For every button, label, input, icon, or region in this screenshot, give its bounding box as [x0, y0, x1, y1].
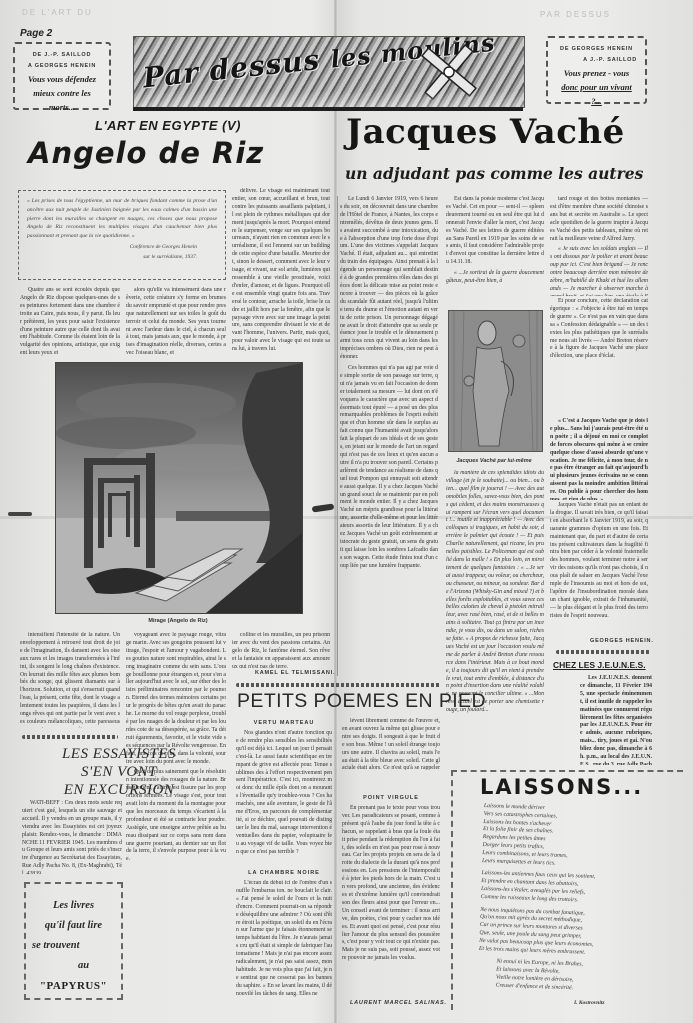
- byline-henein: GEORGES HENEIN.: [590, 638, 654, 644]
- vache-col2-quote: « ...Je sortirai de la guerre doucement …: [446, 270, 544, 286]
- vache-col3-text-b: Et pour conclure, cette déclaration caté…: [550, 298, 648, 361]
- vache-col3-c: Jacques Vaché n'était pas un enfant de l…: [550, 502, 648, 637]
- laissons-poem: Laissons le monde dériver Vers ses catas…: [477, 803, 669, 1001]
- papyrus-line-4: au: [26, 956, 121, 976]
- vache-col1-text-b: Ces hommes qui n'a pas agi par voie de s…: [340, 365, 438, 571]
- angelo-col3: délivre. Le visage est maintenant tout e…: [232, 188, 330, 356]
- corner-box-left: DE J.-P. SAILLOD A GEORGES HENEIN Vous v…: [13, 42, 111, 110]
- vache-col3-b: Et pour conclure, cette déclaration caté…: [550, 298, 648, 416]
- poem-stanza-4: Ni ennui ni les Europe, ni les Brahes, E…: [477, 958, 663, 996]
- byline-salinas: LAURENT MARCEL SALINAS.: [350, 1000, 447, 1006]
- corner-left-to: A GEORGES HENEIN: [23, 61, 101, 72]
- petits-col2-text: lèvent librement comme de l'œuvre et, en…: [342, 718, 440, 770]
- corner-right-quote-2: donc pour un vivant ?...: [556, 80, 637, 108]
- essayistes-heading-1: LES ESSAYISTES: [14, 745, 224, 763]
- essayistes-text: WATI-BEFF : Ces deux mots seule requiert…: [22, 800, 122, 874]
- vache-col2-text: Est dans la poésie moderne c'est Jacques…: [446, 196, 544, 267]
- laissons-title: LAISSONS...: [480, 775, 643, 799]
- laissons-signature: I. Kostrovnitz: [574, 1000, 605, 1006]
- angelo-lower-col3: colline et les murailles, un peu prisonn…: [232, 632, 330, 668]
- vache-col3-text: tard rouge et des bottes montantes — est…: [550, 196, 648, 243]
- painting-caption: Mirage (Angelo de Riz): [55, 618, 301, 624]
- chambre-noire-body: L'écran du début ici de l'ombre d'un sou…: [236, 880, 332, 999]
- papyrus-line-2: qu'il faut lire: [26, 916, 121, 936]
- papyrus-line-1: Les livres: [26, 896, 121, 916]
- epigraph-box: « Les prises de tous l'égyptienne, un mu…: [18, 190, 226, 280]
- ink-mark: [8, 512, 32, 516]
- vache-col1: Le Lundi 6 Janvier 1919, vers 6 heures d…: [340, 196, 438, 681]
- essayistes-heading: LES ESSAYISTES S'EN VONT EN EXCURSION: [14, 745, 224, 799]
- headline-angelo-de-riz: Angelo de Riz: [28, 136, 264, 170]
- angelo-col1-text: Quatre ans se sont écoulés depuis que An…: [20, 287, 120, 357]
- vache-col3: tard rouge et des bottes montantes — est…: [550, 196, 648, 296]
- section-divider-jeunes: [556, 650, 650, 654]
- portrait-jacques-vache: [448, 310, 543, 452]
- vertu-marteau-text: Nos glandes n'ont d'autre fonction que d…: [236, 730, 332, 865]
- vache-col1-text: Le Lundi 6 Janvier 1919, vers 6 heures d…: [340, 196, 438, 362]
- corner-left-quote-1: Vous vous défendez: [23, 72, 101, 86]
- vache-col3-text-c: Jacques Vaché n'était pas un enfant de l…: [550, 502, 648, 621]
- vache-col2: Est dans la poésie moderne c'est Jacques…: [446, 196, 544, 304]
- masthead-banner: Par dessus les moulins: [133, 36, 525, 108]
- vache-col3-breton-quote: « C'est à Jacques Vaché que je dois le p…: [550, 418, 648, 500]
- angelo-lower-col1: intensifient l'intensité de la nature. U…: [20, 632, 120, 728]
- corner-right-from: DE GEORGES HENEIN: [556, 44, 637, 55]
- chez-les-jeunes-heading: CHEZ LES J.E.U.N.E.S.: [553, 660, 646, 670]
- epigraph-source-2: sur le surréalisme, 1937.: [27, 253, 217, 261]
- angelo-col2-text: alors qu'elle va intensément dans une rê…: [126, 287, 226, 357]
- poem-stanza-1: Laissons le monde dériver Vers ses catas…: [482, 803, 669, 872]
- vache-col3-bold-text: « C'est à Jacques Vaché que je dois le p…: [550, 418, 648, 500]
- byline-kamel: KAMEL EL TELMISSANI.: [255, 670, 335, 676]
- vache-col2-lower: la manière de ces splendides idiots du v…: [446, 470, 544, 765]
- page-number: Page 2: [20, 28, 52, 39]
- angelo-lower-col1-text: intensifient l'intensité de la nature. U…: [20, 632, 120, 728]
- angelo-lower-col3-text: colline et les murailles, un peu prisonn…: [232, 632, 330, 668]
- poem-stanza-3: Ne nous inquiétons pas du combat fanatiq…: [479, 906, 666, 959]
- headline-jacques-vache: Jacques Vaché: [346, 112, 625, 152]
- portrait-drawing: [449, 311, 542, 451]
- epigraph-text: « Les prises de tous l'égyptienne, un mu…: [27, 197, 217, 241]
- chez-les-jeunes-text: Les J.E.U.N.E.S. donnent ce dimanche, 11…: [580, 675, 652, 765]
- vertu-marteau-heading: VERTU MARTEAU: [236, 720, 332, 726]
- corner-left-from: DE J.-P. SAILLOD: [23, 50, 101, 61]
- section-divider-petits: [236, 683, 441, 687]
- faint-header-left: DE L'ART DU: [22, 8, 93, 17]
- vache-col2-lower-text: la manière de ces splendides idiots du v…: [446, 470, 544, 715]
- corner-right-to: A J.-P. SAILLOD: [556, 55, 637, 66]
- corner-box-right: DE GEORGES HENEIN A J.-P. SAILLOD Vous p…: [546, 36, 647, 104]
- papyrus-advertisement: Les livres qu'il faut lire se trouvent a…: [24, 882, 123, 1000]
- vache-col3-quote: « Je suis avec les soldats anglais — Ils…: [550, 246, 648, 296]
- chambre-noire-text: L'écran du début ici de l'ombre d'un sou…: [236, 880, 332, 1018]
- vertu-marteau-body: Nos glandes n'ont d'autre fonction que d…: [236, 730, 332, 857]
- essayistes-heading-3: EN EXCURSION: [14, 781, 224, 799]
- point-virgule-heading: POINT VIRGULE: [342, 795, 440, 801]
- chambre-noire-heading: LA CHAMBRE NOIRE: [236, 870, 332, 876]
- poem-stanza-2: Laissons-les antiennes faux ceux qui les…: [481, 870, 667, 908]
- epigraph-source-1: Conférence de Georges Henein: [27, 243, 217, 251]
- corner-right-quote-1: Vous prenez - vous: [556, 66, 637, 80]
- corner-left-quote-2: mieux contre les morts...: [23, 86, 101, 114]
- newspaper-page: DE L'ART DU PAR DESSUS Page 2 DE J.-P. S…: [0, 0, 693, 1023]
- petits-col2-body: lèvent librement comme de l'œuvre et, en…: [342, 718, 440, 770]
- masthead-title-line1: Par dessus: [141, 43, 321, 94]
- papyrus-line-3: se trouvent: [26, 936, 121, 956]
- section-divider: [22, 735, 118, 739]
- essayistes-body: WATI-BEFF : Ces deux mots seule requiert…: [22, 800, 122, 874]
- subhead-adjudant: un adjudant pas comme les autres: [345, 164, 643, 183]
- column-rule: [337, 196, 338, 676]
- angelo-col2: alors qu'elle va intensément dans une rê…: [126, 287, 226, 357]
- chez-les-jeunes-body: Les J.E.U.N.E.S. donnent ce dimanche, 11…: [580, 675, 652, 765]
- portrait-caption: Jacques Vaché par lui-même: [446, 458, 542, 464]
- masthead-rule: [133, 107, 523, 111]
- ink-mark: [312, 503, 335, 512]
- angelo-lower-col2: voyageant avec le paysage rouge, vitrage…: [126, 632, 226, 1020]
- angelo-col1: Quatre ans se sont écoulés depuis que An…: [20, 287, 120, 357]
- painting-mirage: [55, 362, 303, 614]
- papyrus-name: "PAPYRUS": [26, 976, 121, 996]
- painting-image: [56, 363, 302, 613]
- essayistes-heading-2: S'EN VONT: [14, 763, 224, 781]
- faint-header-right: PAR DESSUS: [540, 10, 611, 19]
- point-virgule-body: En prenant pas le texte pour vous trouve…: [342, 805, 440, 963]
- point-virgule-text: En prenant pas le texte pour vous trouve…: [342, 805, 440, 998]
- windmill-icon: [414, 41, 484, 103]
- angelo-col3-text: délivre. Le visage est maintenant tout e…: [232, 188, 330, 354]
- article-kicker: L'ART EN EGYPTE (V): [95, 118, 241, 133]
